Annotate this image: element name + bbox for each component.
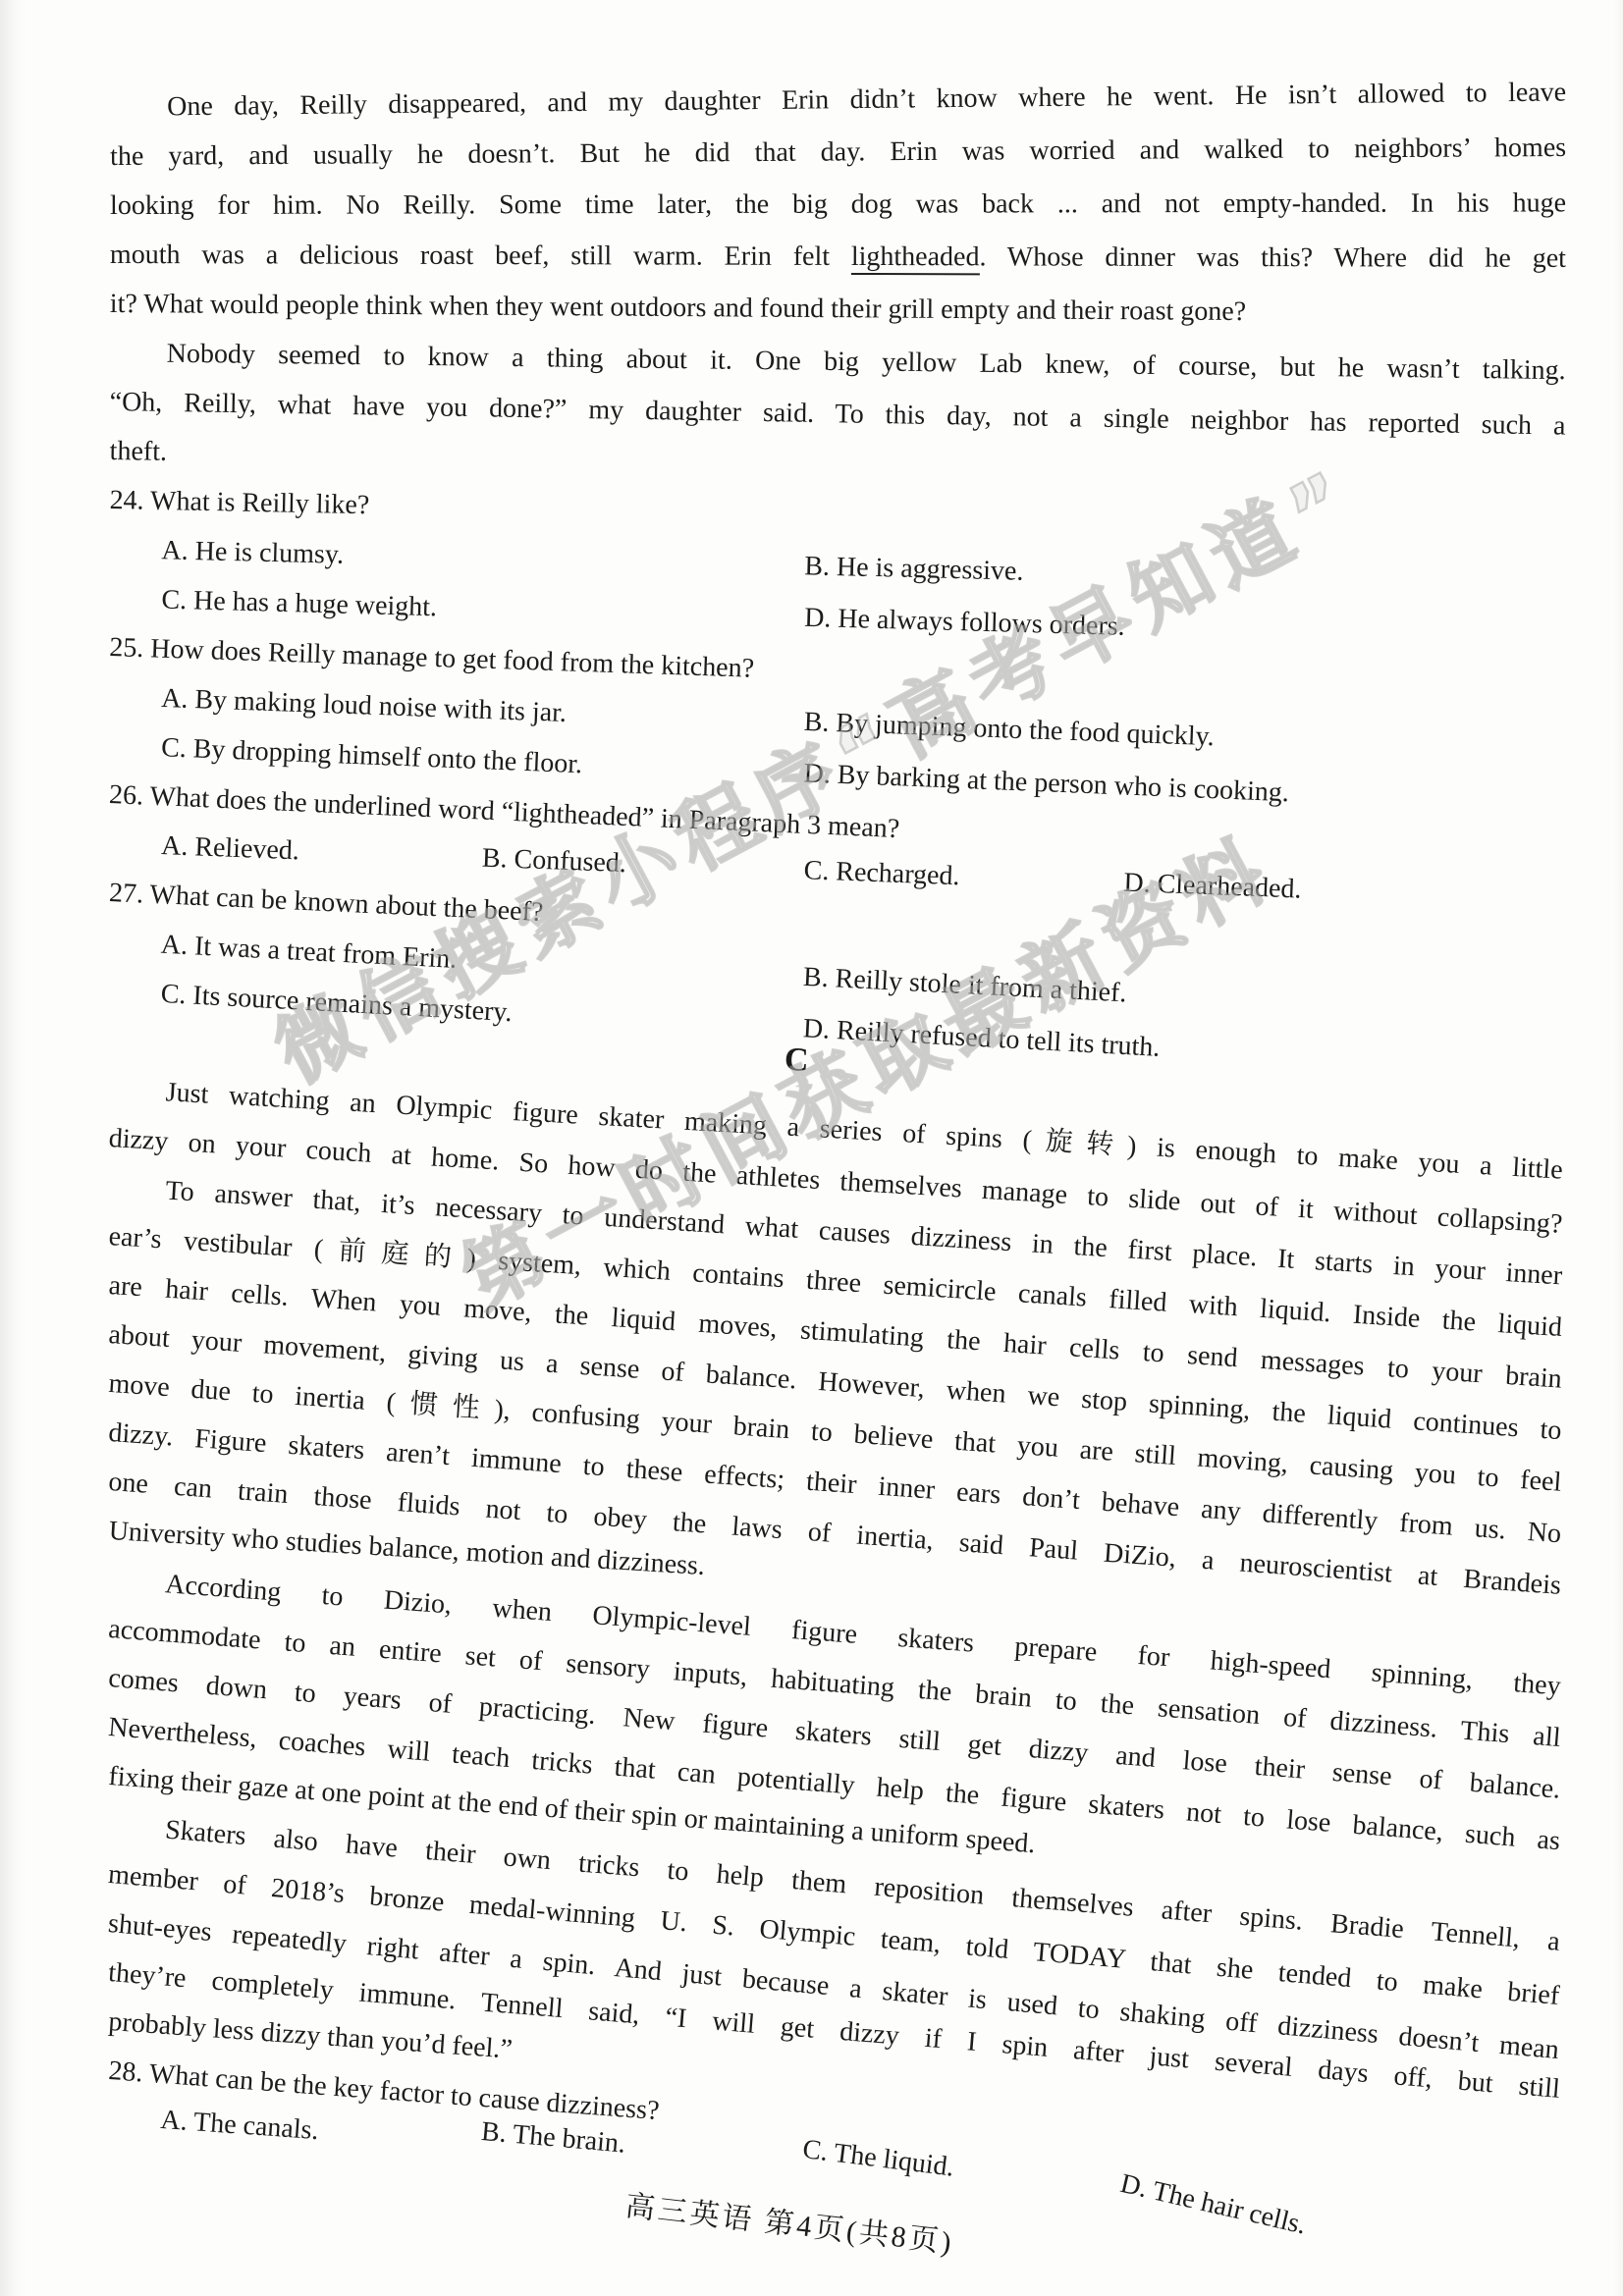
option-a: A. It was a treat from Erin. [160,926,458,980]
option-d: D. Clearheaded. [1123,864,1303,910]
option-c: C. Recharged. [803,851,960,896]
exam-page-scan: One day, Reilly disappeared, and my daug… [0,0,1623,2296]
passage-line: the yard, and usually he doesn’t. But he… [110,129,1566,181]
option-b: B. By jumping onto the food quickly. [803,703,1215,757]
underlined-word: lightheaded [851,241,980,275]
line4-pre: mouth was a delicious roast beef, still … [110,240,851,272]
line4-post: . Whose dinner was this? Where did he ge… [979,241,1566,274]
passage-line: mouth was a delicious roast beef, still … [110,236,1566,283]
option-d: D. He always follows orders. [804,599,1126,647]
option-b: B. Confused. [481,839,626,884]
passage-line: looking for him. No Reilly. Some time la… [110,184,1566,230]
section-label: C [784,1041,809,1081]
option-b: B. Reilly stole it from a thief. [802,958,1127,1014]
option-a: A. Relieved. [160,827,299,871]
passage-line: One day, Reilly disappeared, and my daug… [110,73,1566,132]
option-d: D. By barking at the person who is cooki… [803,754,1290,813]
option-a: A. By making loud noise with its jar. [160,679,567,733]
option-c: C. He has a huge weight. [161,580,438,627]
option-c: C. By dropping himself onto the floor. [160,728,583,784]
option-a: A. He is clumsy. [161,531,345,575]
page-footer: 高三英语 第4页(共8页) [623,2181,956,2262]
option-b: B. He is aggressive. [804,547,1024,591]
passage-line: it? What would people think when they we… [110,285,1566,338]
